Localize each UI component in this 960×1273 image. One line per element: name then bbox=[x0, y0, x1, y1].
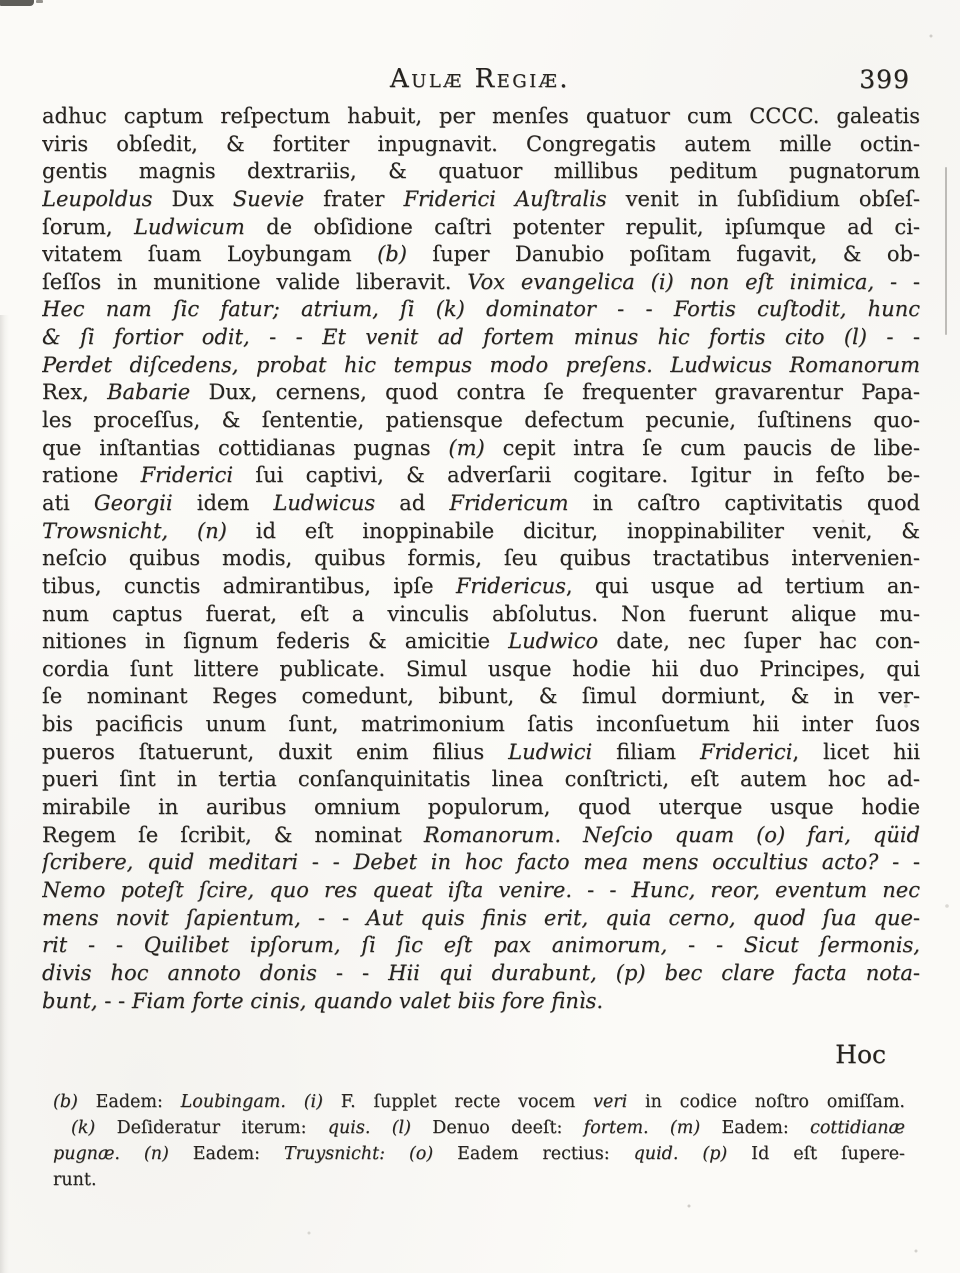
italic-text: ſcribere, quid meditari - - Debet in hoc… bbox=[42, 850, 920, 874]
roman-text bbox=[649, 1118, 670, 1138]
roman-text: viris obſedit, & fortiter inpugnavit. Co… bbox=[42, 132, 920, 156]
roman-text: cordia ſunt littere publicate. Simul usq… bbox=[42, 657, 920, 681]
roman-text bbox=[678, 1144, 702, 1164]
italic-text: (n) bbox=[144, 1144, 169, 1164]
text-line: Leupoldus Dux Suevie frater Friderici Au… bbox=[42, 186, 920, 214]
italic-text: Friderici bbox=[700, 740, 792, 764]
text-line: nitiones in ſignum federis & amicitie Lu… bbox=[42, 628, 920, 656]
scanned-book-page: { "header": { "title": "Aulæ Regiæ.", "p… bbox=[0, 0, 960, 1273]
scan-artifact-corner-small bbox=[36, 0, 43, 3]
italic-text: Fridericum bbox=[449, 491, 568, 515]
text-line: rit - - Quilibet ipſorum, ſi ſic eſt pax… bbox=[42, 932, 920, 960]
italic-text: rit - - Quilibet ipſorum, ſi ſic eſt pax… bbox=[42, 933, 920, 957]
roman-text: pueros ſtatuerunt, duxit enim filius bbox=[42, 740, 508, 764]
italic-text: (m) bbox=[448, 436, 484, 460]
text-line: bis pacificis unum ſunt, matrimonium ſat… bbox=[42, 711, 920, 739]
roman-text: , licet hii bbox=[792, 740, 920, 764]
roman-text: Eadem rectius: bbox=[433, 1144, 633, 1164]
italic-text: (o) bbox=[409, 1144, 433, 1164]
text-line: gentis magnis dextrariis, & quatuor mill… bbox=[42, 158, 920, 186]
text-line: ſcribere, quid meditari - - Debet in hoc… bbox=[42, 849, 920, 877]
text-line: que inſtantias cottidianas pugnas (m) ce… bbox=[42, 435, 920, 463]
italic-text: (l) bbox=[392, 1118, 411, 1138]
roman-text bbox=[120, 1144, 144, 1164]
italic-text: quid. bbox=[634, 1144, 679, 1164]
text-line: adhuc captum reſpectum habuit, per menſe… bbox=[42, 103, 920, 131]
italic-text: Hec nam ſic fatur; atrium, ſi (k) domina… bbox=[42, 297, 920, 321]
roman-text: Id eſt ſupere- bbox=[727, 1144, 905, 1164]
text-line: ſeſſos in munitione valide liberavit. Vo… bbox=[42, 269, 920, 297]
roman-text: ſe nominant Reges comedunt, bibunt, & ſi… bbox=[42, 684, 920, 708]
roman-text: gentis magnis dextrariis, & quatuor mill… bbox=[42, 159, 920, 183]
roman-text: Eadem: bbox=[78, 1092, 181, 1112]
roman-text bbox=[385, 1144, 409, 1164]
roman-text: vitatem ſuam Loybungam bbox=[42, 242, 377, 266]
italic-text: Ludwicum bbox=[134, 215, 245, 239]
roman-text: ſuper Danubio poſitam fugavit, & ob- bbox=[407, 242, 920, 266]
italic-text: Friderici bbox=[141, 463, 233, 487]
roman-text bbox=[286, 1092, 304, 1112]
text-line: & ſi fortior odit, - - Et venit ad forte… bbox=[42, 324, 920, 352]
text-line: divis hoc annoto donis - - Hii qui durab… bbox=[42, 960, 920, 988]
roman-text: Dux, cernens, quod contra ſe frequenter … bbox=[190, 380, 920, 404]
italic-text: fortem. bbox=[584, 1118, 649, 1138]
text-line: Rex, Babarie Dux, cernens, quod contra ſ… bbox=[42, 379, 920, 407]
text-line: ratione Friderici ſui captivi, & adverſa… bbox=[42, 462, 920, 490]
text-line: Perdet diſcedens, probat hic tempus modo… bbox=[42, 352, 920, 380]
text-line: ſe nominant Reges comedunt, bibunt, & ſi… bbox=[42, 683, 920, 711]
running-header: Aulæ Regiæ. 399 bbox=[0, 64, 960, 98]
italic-text: Suevie bbox=[233, 187, 304, 211]
italic-text: Ludwici bbox=[508, 740, 592, 764]
roman-text: bis pacificis unum ſunt, matrimonium ſat… bbox=[42, 712, 920, 736]
running-header-title: Aulæ Regiæ. bbox=[390, 64, 570, 94]
italic-text: bunt, - - Fiam forte cinis, quando valet… bbox=[42, 989, 603, 1013]
footnotes-block: (b) Eadem: Loubingam. (i) F. ſupplet rec… bbox=[53, 1089, 905, 1193]
roman-text: venit in ſubſidium obſeſ- bbox=[607, 187, 920, 211]
italic-text: divis hoc annoto donis - - Hii qui durab… bbox=[42, 961, 920, 985]
text-line: cordia ſunt littere publicate. Simul usq… bbox=[42, 656, 920, 684]
roman-text: Dux bbox=[152, 187, 232, 211]
italic-text: Leupoldus bbox=[42, 187, 152, 211]
roman-text bbox=[370, 1118, 391, 1138]
roman-text: Denuo deeſt: bbox=[411, 1118, 584, 1138]
roman-text: frater bbox=[304, 187, 403, 211]
italic-text: Romanorum. Neſcio quam (o) fari, qüid bbox=[424, 823, 920, 847]
italic-text: pugnæ. bbox=[53, 1144, 120, 1164]
text-line: pueros ſtatuerunt, duxit enim filius Lud… bbox=[42, 739, 920, 767]
italic-text: Fridericus bbox=[456, 574, 566, 598]
roman-text: Rex, bbox=[42, 380, 107, 404]
italic-text: Friderici Auſtralis bbox=[403, 187, 606, 211]
italic-text: veri bbox=[593, 1092, 627, 1112]
text-line: Trowsnicht, (n) id eſt inoppinabile dici… bbox=[42, 518, 920, 546]
text-line: (b) Eadem: Loubingam. (i) F. ſupplet rec… bbox=[53, 1089, 905, 1115]
italic-text: cottidianæ bbox=[810, 1118, 905, 1138]
italic-text: mens novit ſapientum, - - Aut quis finis… bbox=[42, 906, 920, 930]
text-line: mens novit ſapientum, - - Aut quis finis… bbox=[42, 905, 920, 933]
italic-text: Nemo poteſt ſcire, quo res queat iſta ve… bbox=[42, 878, 920, 902]
roman-text: Deſideratur iterum: bbox=[95, 1118, 328, 1138]
italic-text: Georgii bbox=[94, 491, 173, 515]
text-line: vitatem ſuam Loybungam (b) ſuper Danubio… bbox=[42, 241, 920, 269]
text-line: pueri ſint in tertia conſanquinitatis li… bbox=[42, 766, 920, 794]
roman-text: in codice noſtro omiſſam. bbox=[627, 1092, 905, 1112]
roman-text: ati bbox=[42, 491, 94, 515]
roman-text: F. ſupplet recte vocem bbox=[323, 1092, 593, 1112]
text-line: (k) Deſideratur iterum: quis. (l) Denuo … bbox=[53, 1115, 905, 1141]
italic-text: Perdet diſcedens, probat hic tempus modo… bbox=[42, 353, 920, 377]
italic-text: (i) bbox=[304, 1092, 323, 1112]
roman-text: neſcio quibus modis, quibus formis, ſeu … bbox=[42, 546, 920, 570]
roman-text: Eadem: bbox=[169, 1144, 284, 1164]
text-line: mirabile in auribus omnium populorum, qu… bbox=[42, 794, 920, 822]
roman-text: ad bbox=[375, 491, 449, 515]
roman-text: tibus, cunctis admirantibus, ipſe bbox=[42, 574, 456, 598]
page-number: 399 bbox=[859, 65, 910, 94]
roman-text: date, nec ſuper hac con- bbox=[598, 629, 920, 653]
roman-text: adhuc captum reſpectum habuit, per menſe… bbox=[42, 104, 920, 128]
italic-text: Ludwico bbox=[508, 629, 598, 653]
text-line: Hec nam ſic fatur; atrium, ſi (k) domina… bbox=[42, 296, 920, 324]
body-text-block: adhuc captum reſpectum habuit, per menſe… bbox=[42, 103, 920, 1015]
italic-text: (b) bbox=[53, 1092, 78, 1112]
roman-text: filiam bbox=[592, 740, 700, 764]
italic-text: Trowsnicht, (n) bbox=[42, 519, 227, 543]
scan-artifact-speckles bbox=[0, 0, 2, 2]
text-line: bunt, - - Fiam forte cinis, quando valet… bbox=[42, 988, 920, 1016]
text-line: pugnæ. (n) Eadem: Truysnicht: (o) Eadem … bbox=[53, 1141, 905, 1167]
roman-text: ſorum, bbox=[42, 215, 134, 239]
roman-text: Eadem: bbox=[700, 1118, 810, 1138]
catchword: Hoc bbox=[835, 1040, 886, 1069]
roman-text: mirabile in auribus omnium populorum, qu… bbox=[42, 795, 920, 819]
text-line: ati Georgii idem Ludwicus ad Fridericum … bbox=[42, 490, 920, 518]
text-line: viris obſedit, & fortiter inpugnavit. Co… bbox=[42, 131, 920, 159]
roman-text: num captus fuerat, eſt a vinculis abſolu… bbox=[42, 602, 920, 626]
italic-text: (b) bbox=[377, 242, 407, 266]
roman-text: id eſt inoppinabile dicitur, inoppinabil… bbox=[227, 519, 920, 543]
roman-text: de obſidione caſtri potenter repulit, ip… bbox=[245, 215, 920, 239]
roman-text: ſeſſos in munitione valide liberavit. bbox=[42, 270, 467, 294]
text-line: runt. bbox=[53, 1167, 905, 1193]
text-line: Nemo poteſt ſcire, quo res queat iſta ve… bbox=[42, 877, 920, 905]
text-line: ſorum, Ludwicum de obſidione caſtri pote… bbox=[42, 214, 920, 242]
italic-text: & ſi fortior odit, - - Et venit ad forte… bbox=[42, 325, 920, 349]
scan-artifact-right-line bbox=[945, 167, 947, 335]
roman-text: cepit intra ſe cum paucis de libe- bbox=[485, 436, 920, 460]
text-line: tibus, cunctis admirantibus, ipſe Frider… bbox=[42, 573, 920, 601]
roman-text: idem bbox=[173, 491, 274, 515]
italic-text: (k) bbox=[71, 1118, 95, 1138]
roman-text: ſui captivi, & adverſarii cogitare. Igit… bbox=[233, 463, 920, 487]
roman-text: in caſtro captivitatis quod bbox=[569, 491, 920, 515]
italic-text: Vox evangelica (i) non eſt inimica, - - bbox=[467, 270, 920, 294]
italic-text: (p) bbox=[702, 1144, 727, 1164]
italic-text: Babarie bbox=[107, 380, 190, 404]
roman-text: que inſtantias cottidianas pugnas bbox=[42, 436, 448, 460]
roman-text: pueri ſint in tertia conſanquinitatis li… bbox=[42, 767, 920, 791]
roman-text: nitiones in ſignum federis & amicitie bbox=[42, 629, 508, 653]
text-line: Regem ſe ſcribit, & nominat Romanorum. N… bbox=[42, 822, 920, 850]
roman-text: runt. bbox=[53, 1170, 97, 1190]
roman-text: ratione bbox=[42, 463, 141, 487]
text-line: neſcio quibus modis, quibus formis, ſeu … bbox=[42, 545, 920, 573]
italic-text: Truysnicht: bbox=[284, 1144, 385, 1164]
scan-artifact-left-edge bbox=[0, 315, 9, 1273]
text-line: num captus fuerat, eſt a vinculis abſolu… bbox=[42, 601, 920, 629]
roman-text: , qui usque ad tertium an- bbox=[566, 574, 920, 598]
text-line: les proceſſus, & ſententie, patiensque d… bbox=[42, 407, 920, 435]
roman-text: les proceſſus, & ſententie, patiensque d… bbox=[42, 408, 920, 432]
roman-text: Regem ſe ſcribit, & nominat bbox=[42, 823, 424, 847]
scan-artifact-corner bbox=[0, 0, 34, 6]
italic-text: (m) bbox=[670, 1118, 700, 1138]
italic-text: Loubingam. bbox=[181, 1092, 286, 1112]
italic-text: Ludwicus bbox=[273, 491, 375, 515]
italic-text: quis. bbox=[328, 1118, 371, 1138]
